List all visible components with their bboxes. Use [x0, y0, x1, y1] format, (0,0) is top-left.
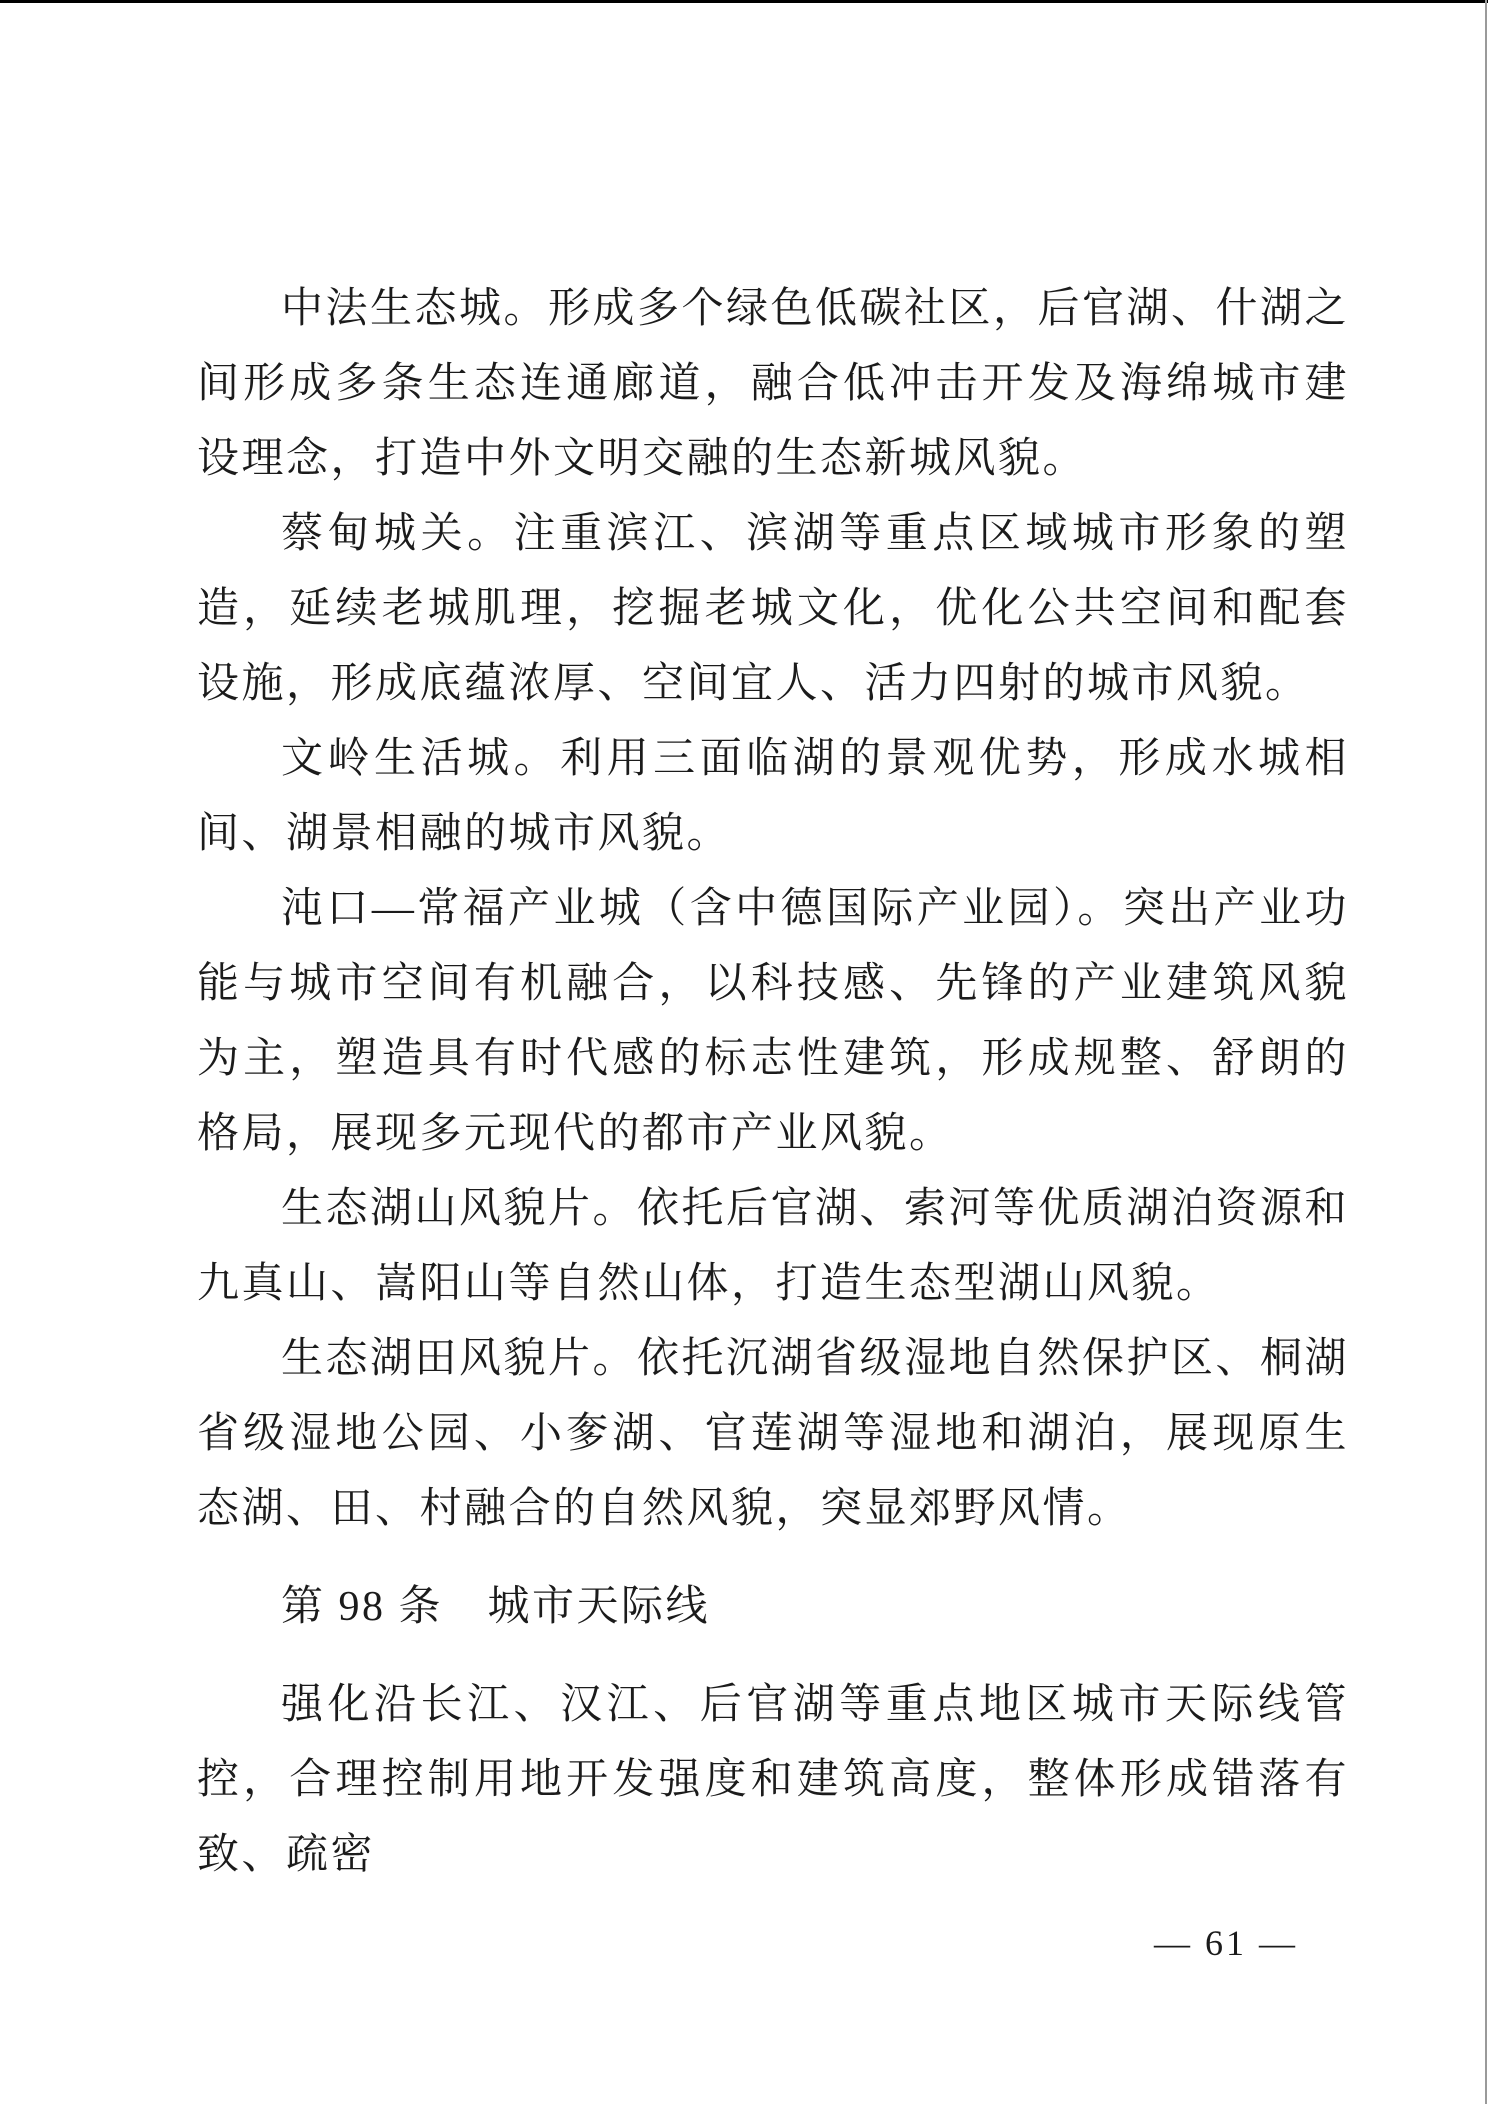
article-98-heading: 第 98 条 城市天际线	[197, 1570, 1349, 1645]
paragraph-lake-mountain-area: 生态湖山风貌片。依托后官湖、索河等优质湖泊资源和九真山、嵩阳山等自然山体，打造生…	[197, 1172, 1349, 1322]
paragraph-caidian-chengguan: 蔡甸城关。注重滨江、滨湖等重点区域城市形象的塑造，延续老城肌理，挖掘老城文化，优…	[197, 497, 1349, 722]
paragraph-zhuankou-changfu-industry-city: 沌口—常福产业城（含中德国际产业园）。突出产业功能与城市空间有机融合，以科技感、…	[197, 872, 1349, 1172]
scan-edge-right	[1485, 0, 1487, 2104]
paragraph-wenling-living-city: 文岭生活城。利用三面临湖的景观优势，形成水城相间、湖景相融的城市风貌。	[197, 722, 1349, 872]
scan-edge-top	[0, 0, 1488, 3]
document-page: 中法生态城。形成多个绿色低碳社区，后官湖、什湖之间形成多条生态连通廊道，融合低冲…	[0, 0, 1488, 2104]
document-body: 中法生态城。形成多个绿色低碳社区，后官湖、什湖之间形成多条生态连通廊道，融合低冲…	[197, 272, 1349, 1893]
paragraph-skyline-control: 强化沿长江、汉江、后官湖等重点地区城市天际线管控，合理控制用地开发强度和建筑高度…	[197, 1668, 1349, 1893]
paragraph-zhongfa-eco-city: 中法生态城。形成多个绿色低碳社区，后官湖、什湖之间形成多条生态连通廊道，融合低冲…	[197, 272, 1349, 497]
paragraph-lake-field-area: 生态湖田风貌片。依托沉湖省级湿地自然保护区、桐湖省级湿地公园、小奓湖、官莲湖等湿…	[197, 1322, 1349, 1547]
page-number: — 61 —	[1154, 1922, 1298, 1964]
